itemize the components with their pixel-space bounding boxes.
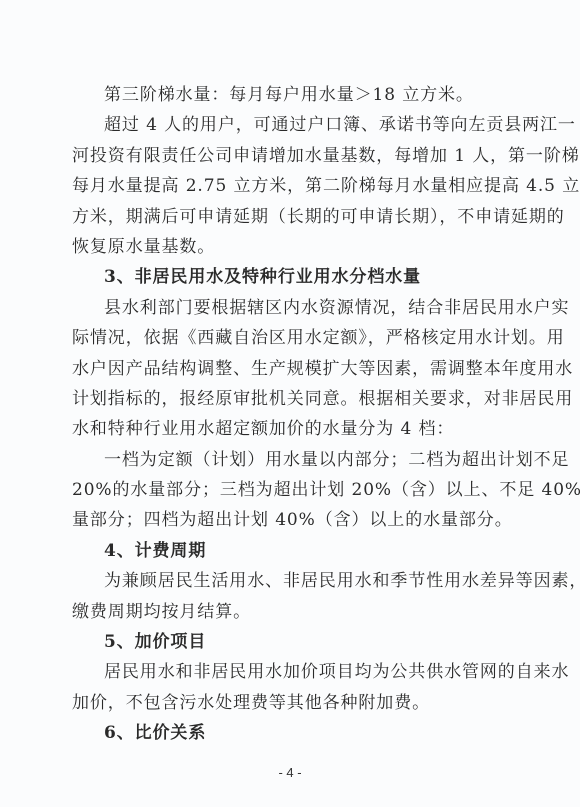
text-line: 县水利部门要根据辖区内水资源情况，结合非居民用水户实 xyxy=(72,293,509,323)
document-page: 第三阶梯水量：每月每户用水量＞18 立方米。 超过 4 人的用户，可通过户口簿、… xyxy=(0,0,580,807)
text-line: 第三阶梯水量：每月每户用水量＞18 立方米。 xyxy=(72,80,509,110)
text-line: 河投资有限责任公司申请增加水量基数，每增加 1 人，第一阶梯 xyxy=(72,141,509,171)
document-body: 第三阶梯水量：每月每户用水量＞18 立方米。 超过 4 人的用户，可通过户口簿、… xyxy=(72,80,509,749)
text-line: 加价，不包含污水处理费等其他各种附加费。 xyxy=(72,688,509,718)
text-line: 居民用水和非居民用水加价项目均为公共供水管网的自来水 xyxy=(72,657,509,687)
text-line: 量部分；四档为超出计划 40%（含）以上的水量部分。 xyxy=(72,505,509,535)
text-line: 恢复原水量基数。 xyxy=(72,232,509,262)
section-heading-5: 5、加价项目 xyxy=(72,627,509,657)
text-line: 水和特种行业用水超定额加价的水量分为 4 档： xyxy=(72,414,509,444)
text-line: 际情况，依据《西藏自治区用水定额》，严格核定用水计划。用 xyxy=(72,323,509,353)
section-heading-3: 3、非居民用水及特种行业用水分档水量 xyxy=(72,262,509,292)
text-line: 每月水量提高 2.75 立方米，第二阶梯每月水量相应提高 4.5 立 xyxy=(72,171,509,201)
page-number: - 4 - xyxy=(0,765,580,780)
text-line: 超过 4 人的用户，可通过户口簿、承诺书等向左贡县两江一 xyxy=(72,110,509,140)
text-line: 方米，期满后可申请延期（长期的可申请长期），不申请延期的 xyxy=(72,202,509,232)
text-line: 为兼顾居民生活用水、非居民用水和季节性用水差异等因素， xyxy=(72,566,509,596)
section-heading-4: 4、计费周期 xyxy=(72,536,509,566)
text-line: 水户因产品结构调整、生产规模扩大等因素，需调整本年度用水 xyxy=(72,354,509,384)
text-line: 一档为定额（计划）用水量以内部分；二档为超出计划不足 xyxy=(72,445,509,475)
text-line: 20%的水量部分；三档为超出计划 20%（含）以上、不足 40%的水 xyxy=(72,475,509,505)
text-line: 缴费周期均按月结算。 xyxy=(72,597,509,627)
section-heading-6: 6、比价关系 xyxy=(72,718,509,748)
text-line: 计划指标的，报经原审批机关同意。根据相关要求，对非居民用 xyxy=(72,384,509,414)
